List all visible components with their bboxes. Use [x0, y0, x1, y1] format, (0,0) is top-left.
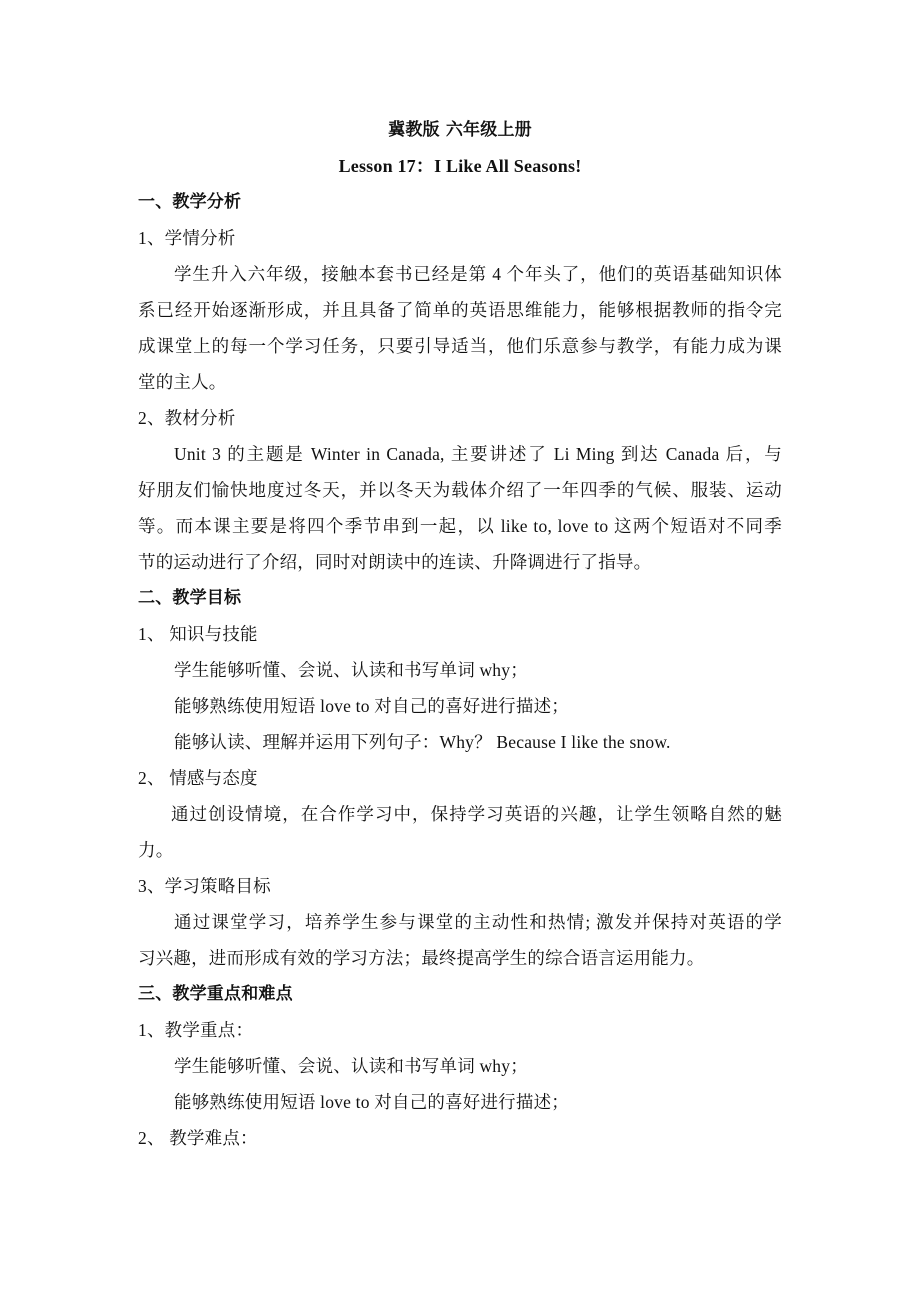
paragraph-line: 堂的主人。 [138, 364, 782, 400]
subsection-heading: 2、 情感与态度 [138, 760, 782, 796]
document-page: 冀教版 六年级上册 Lesson 17：I Like All Seasons! … [138, 112, 782, 1156]
subsection-heading: 1、教学重点： [138, 1012, 782, 1048]
subsection-heading: 2、教材分析 [138, 400, 782, 436]
paragraph-line: 等。而本课主要是将四个季节串到一起，以 like to, love to 这两个… [138, 508, 782, 544]
subsection-heading: 3、学习策略目标 [138, 868, 782, 904]
section-heading: 二、教学目标 [138, 580, 782, 616]
paragraph-line: 好朋友们愉快地度过冬天，并以冬天为载体介绍了一年四季的气候、服装、运动 [138, 472, 782, 508]
subsection-heading: 1、 知识与技能 [138, 616, 782, 652]
paragraph-line: 系已经开始逐渐形成，并且具备了简单的英语思维能力，能够根据教师的指令完 [138, 292, 782, 328]
section-heading: 三、教学重点和难点 [138, 976, 782, 1012]
paragraph-line: Unit 3 的主题是 Winter in Canada, 主要讲述了 Li M… [138, 436, 782, 472]
section-heading: 一、教学分析 [138, 184, 782, 220]
objective-line: 能够熟练使用短语 love to 对自己的喜好进行描述； [138, 688, 782, 724]
paragraph-line: 通过创设情境，在合作学习中，保持学习英语的兴趣，让学生领略自然的魅 [138, 796, 782, 832]
paragraph-line: 成课堂上的每一个学习任务，只要引导适当，他们乐意参与教学，有能力成为课 [138, 328, 782, 364]
key-point-line: 学生能够听懂、会说、认读和书写单词 why； [138, 1048, 782, 1084]
key-point-line: 能够熟练使用短语 love to 对自己的喜好进行描述； [138, 1084, 782, 1120]
document-title: 冀教版 六年级上册 [138, 112, 782, 148]
paragraph-line: 通过课堂学习，培养学生参与课堂的主动性和热情; 激发并保持对英语的学 [138, 904, 782, 940]
paragraph-line: 习兴趣，进而形成有效的学习方法；最终提高学生的综合语言运用能力。 [138, 940, 782, 976]
paragraph-line: 学生升入六年级，接触本套书已经是第 4 个年头了，他们的英语基础知识体 [138, 256, 782, 292]
paragraph-line: 力。 [138, 832, 782, 868]
objective-line: 能够认读、理解并运用下列句子：Why？ Because I like the s… [138, 724, 782, 760]
lesson-title: Lesson 17：I Like All Seasons! [138, 148, 782, 184]
subsection-heading: 1、学情分析 [138, 220, 782, 256]
subsection-heading: 2、 教学难点： [138, 1120, 782, 1156]
paragraph-line: 节的运动进行了介绍，同时对朗读中的连读、升降调进行了指导。 [138, 544, 782, 580]
objective-line: 学生能够听懂、会说、认读和书写单词 why； [138, 652, 782, 688]
